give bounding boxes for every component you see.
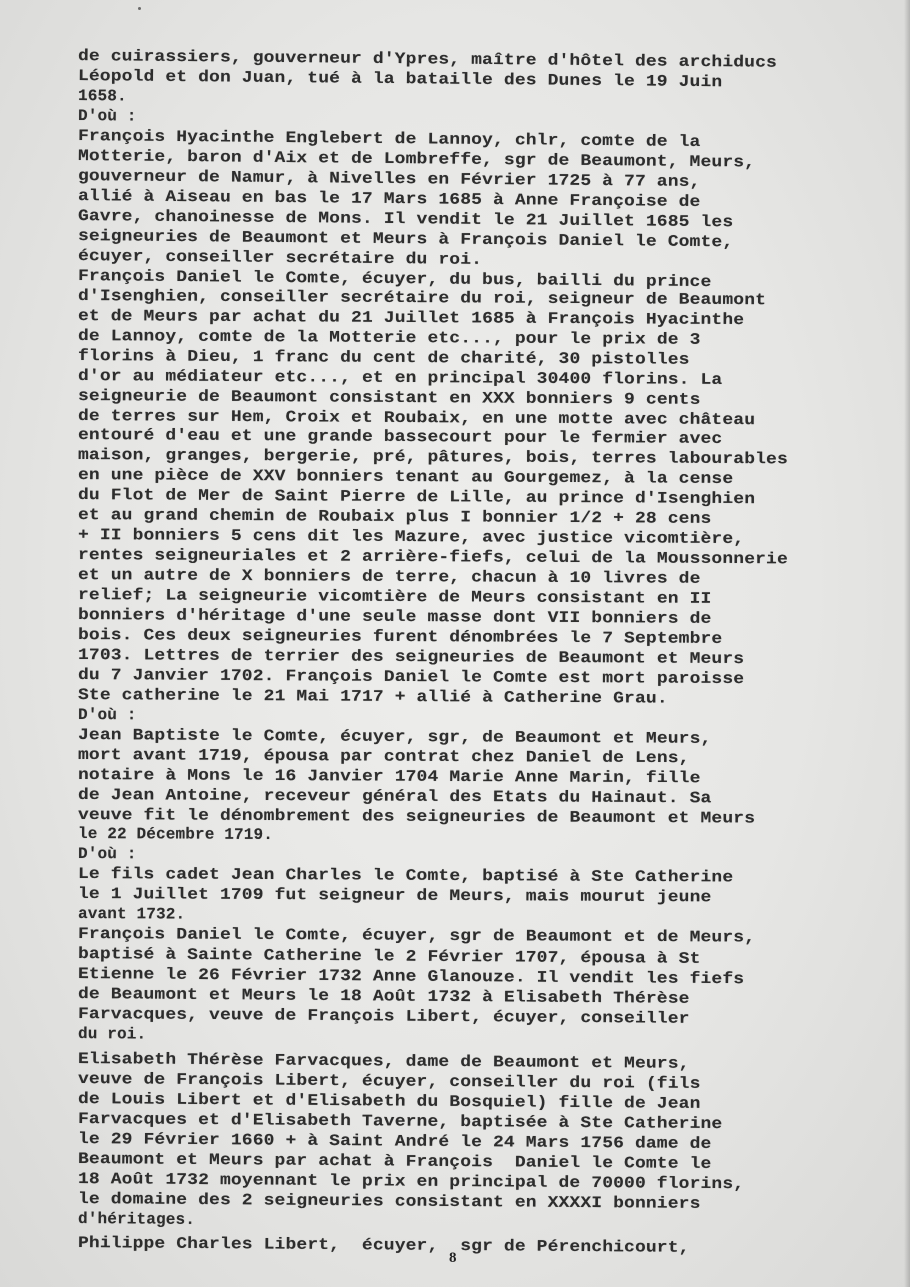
document-line: 1703. Lettres de terrier des seigneuries… <box>78 646 744 669</box>
document-line: D'où : <box>78 845 137 864</box>
document-line: du roi. <box>78 1025 146 1045</box>
document-line: relief; La seigneurie vicomtière de Meur… <box>78 586 712 609</box>
document-line: écuyer, conseiller secrétaire du roi. <box>78 247 482 270</box>
document-line: notaire à Mons le 16 Janvier 1704 Marie … <box>78 766 701 788</box>
document-line: d'Isenghien, conseiller secrétaire du ro… <box>78 287 766 310</box>
document-line: Farvacques, veuve de François Libert, éc… <box>78 1005 690 1029</box>
document-line: avant 1732. <box>78 905 185 925</box>
document-line: d'héritages. <box>78 1210 195 1230</box>
document-line: 1658. <box>78 87 127 106</box>
scanned-document-page: de cuirassiers, gouverneur d'Ypres, maît… <box>0 0 910 1287</box>
document-line: François Daniel le Comte, écuyer, sgr de… <box>78 925 755 948</box>
document-line: mort avant 1719, épousa par contrat chez… <box>78 746 690 768</box>
document-line: de Lannoy, comte de la Motterie etc..., … <box>78 327 701 350</box>
document-line: D'où : <box>78 706 137 725</box>
page-number: 8 <box>449 1250 457 1267</box>
document-line: et de Meurs par achat du 21 Juillet 1685… <box>78 307 744 330</box>
document-line: d'or au médiateur etc..., et en principa… <box>78 367 722 390</box>
document-line: de Jean Antoine, receveur général des Et… <box>78 786 712 808</box>
document-line: Philippe Charles Libert, écuyer, sgr de … <box>78 1234 690 1258</box>
document-line: le 22 Décembre 1719. <box>78 825 273 845</box>
document-line: le 1 Juillet 1709 fut seigneur de Meurs,… <box>78 885 712 907</box>
scan-speck <box>138 7 141 10</box>
document-line: seigneurie de Beaumont consistant en XXX… <box>78 387 701 410</box>
document-line: bonniers d'héritage d'une seule masse do… <box>78 606 712 629</box>
document-line: Ste catherine le 21 Mai 1717 + allié à C… <box>78 686 668 709</box>
document-line: florins à Dieu, 1 franc du cent de chari… <box>78 347 690 370</box>
document-line: D'où : <box>78 107 137 127</box>
document-line: du 7 Janvier 1702. François Daniel le Co… <box>78 666 744 689</box>
document-line: bois. Ces deux seigneuries furent dénomb… <box>78 626 722 649</box>
document-line: Le fils cadet Jean Charles le Comte, bap… <box>78 865 733 887</box>
document-line: et un autre de X bonniers de terre, chac… <box>78 566 701 589</box>
document-line: Jean Baptiste le Comte, écuyer, sgr, de … <box>78 726 712 749</box>
